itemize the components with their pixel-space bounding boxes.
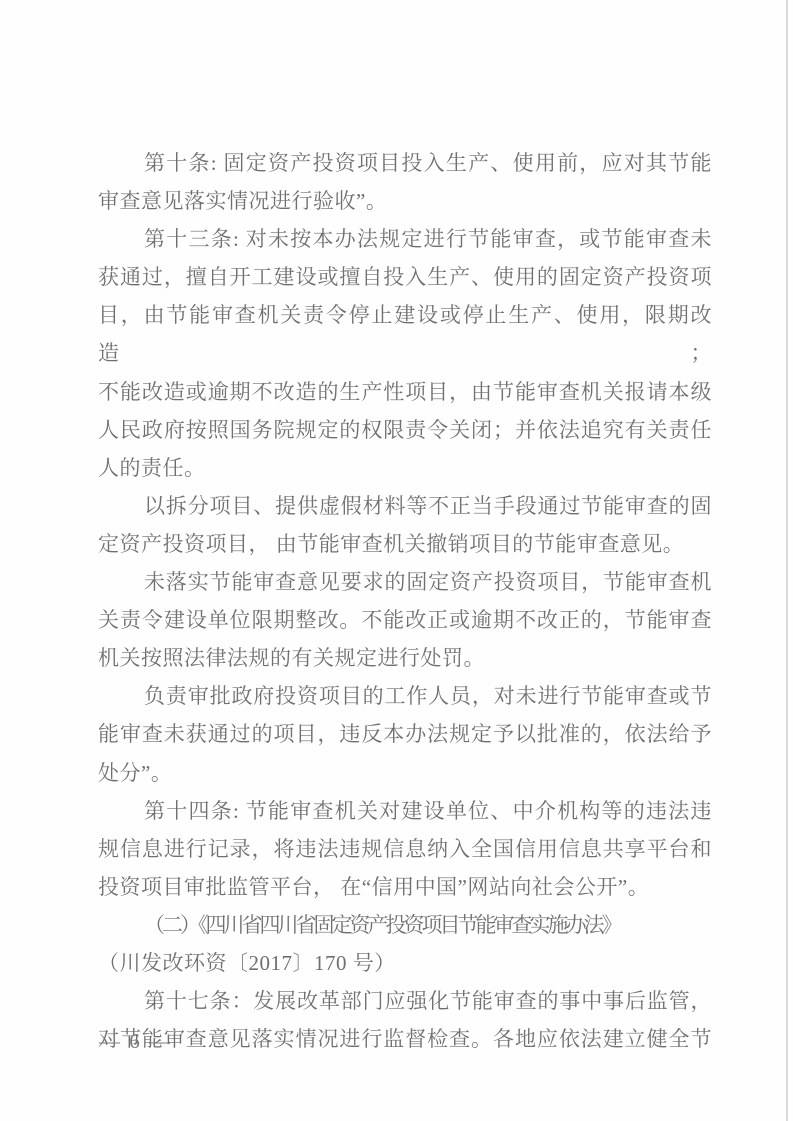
scan-edge [786,0,788,1121]
doc-line: 审查意见落实情况进行验收”。 [98,182,712,220]
doc-line: 负责审批政府投资项目的工作人员，对未进行节能审查或节 [98,677,712,715]
doc-line: 对节能审查意见落实情况进行监督检查。各地应依法建立健全节 [98,1020,712,1058]
doc-line: 第十七条：发展改革部门应强化节能审查的事中事后监管， [98,982,712,1020]
doc-line: 以拆分项目、提供虚假材料等不正当手段通过节能审查的固 [98,487,712,525]
doc-line: 未落实节能审查意见要求的固定资产投资项目，节能审查机 [98,563,712,601]
page-number: — 6 — [99,1029,172,1053]
doc-line: 定资产投资项目， 由节能审查机关撤销项目的节能审查意见。 [98,525,712,563]
doc-line: （川发改环资〔2017〕170 号） [98,944,712,982]
doc-line: （二）《四川省四川省固定资产投资项目节能审查实施办法》 [98,906,712,944]
doc-line: 机关按照法律法规的有关规定进行处罚。 [98,639,712,677]
doc-line: 人的责任。 [98,449,712,487]
document-text-block: 第十条: 固定资产投资项目投入生产、使用前，应对其节能 审查意见落实情况进行验收… [98,144,712,1058]
doc-line: 能审查未获通过的项目，违反本办法规定予以批准的，依法给予 [98,715,712,753]
doc-line: 第十四条: 节能审查机关对建设单位、中介机构等的违法违 [98,792,712,830]
doc-line: 规信息进行记录，将违法违规信息纳入全国信用信息共享平台和 [98,830,712,868]
doc-line: 目，由节能审查机关责令停止建设或停止生产、使用，限期改造； [98,296,712,372]
doc-line: 不能改造或逾期不改造的生产性项目，由节能审查机关报请本级 [98,373,712,411]
doc-line: 第十条: 固定资产投资项目投入生产、使用前，应对其节能 [98,144,712,182]
doc-line: 投资项目审批监管平台， 在“信用中国”网站向社会公开”。 [98,868,712,906]
doc-line: 获通过，擅自开工建设或擅自投入生产、使用的固定资产投资项 [98,258,712,296]
doc-line: 第十三条: 对未按本办法规定进行节能审查，或节能审查未 [98,220,712,258]
doc-line: 处分”。 [98,754,712,792]
document-page: 第十条: 固定资产投资项目投入生产、使用前，应对其节能 审查意见落实情况进行验收… [0,0,793,1121]
doc-line: 关责令建设单位限期整改。不能改正或逾期不改正的，节能审查 [98,601,712,639]
doc-line: 人民政府按照国务院规定的权限责令关闭；并依法追究有关责任 [98,411,712,449]
